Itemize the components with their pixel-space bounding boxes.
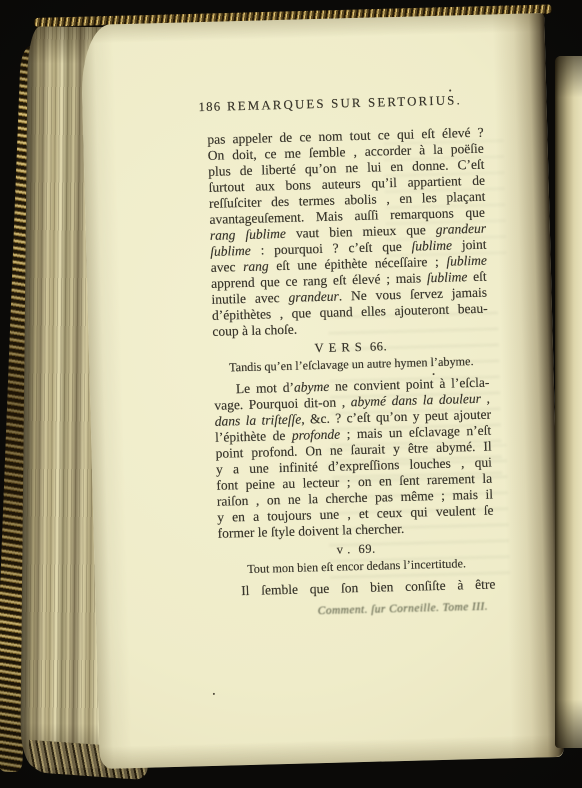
page-number: 186 xyxy=(198,100,221,115)
paper-speck xyxy=(213,693,215,695)
text-block: 186 REMARQUES SUR SERTORIUS. pas appeler… xyxy=(206,93,495,600)
paper-speck xyxy=(449,90,451,92)
paragraph: Le mot d’abyme ne convient point à l’eſc… xyxy=(214,375,494,542)
book-page: 186 REMARQUES SUR SERTORIUS. pas appeler… xyxy=(80,13,563,769)
paragraph: pas appeler de ce nom tout ce qui eſt él… xyxy=(207,125,488,340)
facing-page-edge xyxy=(555,56,582,748)
page-text: pas appeler de ce nom tout ce qui eſt él… xyxy=(207,125,495,600)
book-photo: 186 REMARQUES SUR SERTORIUS. pas appeler… xyxy=(0,0,582,788)
